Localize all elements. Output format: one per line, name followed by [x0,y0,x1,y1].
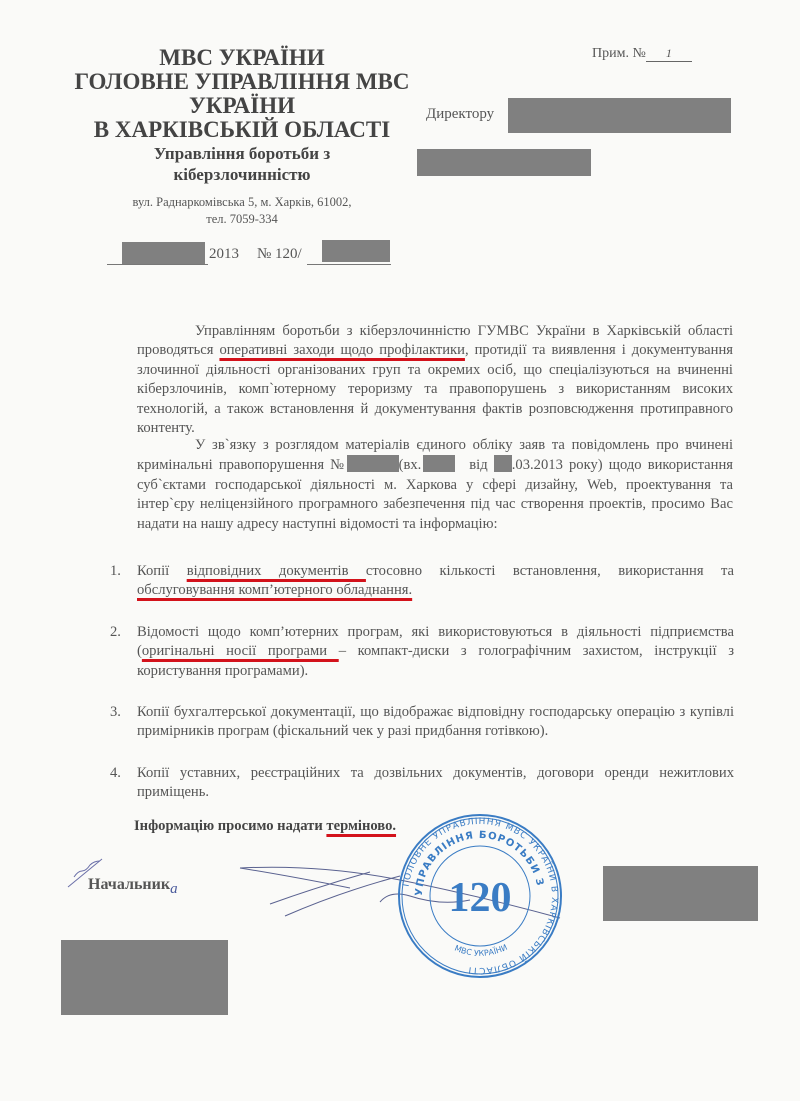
org-line-3: УКРАЇНИ [52,94,432,118]
redacted-day [494,455,512,472]
paragraph-2: У зв`язку з розглядом матеріалів єдиного… [137,436,733,534]
copy-number-value: 1 [646,46,692,62]
org-line-1: МВС УКРАЇНИ [52,46,432,70]
requested-items-list: 1. Копії відповідних документів стосовно… [110,562,734,825]
addressee-label: Директору [426,106,494,123]
list-item: 1. Копії відповідних документів стосовно… [110,562,734,601]
address-line-1: вул. Раднаркомівська 5, м. Харків, 61002… [52,194,432,211]
list-item: 3. Копії бухгалтерської документації, що… [110,703,734,742]
list-item: 2. Відомості щодо комп’ютерних програм, … [110,623,734,681]
redacted-case-number [347,455,399,472]
redacted-addressee-name [508,98,731,133]
paragraph-2-text-2: (вх. [399,457,422,473]
document-page: МВС УКРАЇНИ ГОЛОВНЕ УПРАВЛІННЯ МВС УКРАЇ… [0,0,800,1101]
copy-number-label: Прим. № [592,46,646,61]
svg-text:МВС УКРАЇНИ: МВС УКРАЇНИ [453,943,508,958]
list-item-number: 4. [110,764,137,803]
redacted-signatory-name [603,866,758,921]
date-year: 2013 [209,246,239,263]
redacted-date [122,242,205,264]
highlighted-phrase-original-media: оригінальні носії програми [142,643,339,659]
handwritten-suffix: а [170,881,178,897]
highlighted-phrase-computer-equipment: обслуговування комп’ютерного обладнання. [137,582,412,598]
svg-text:120: 120 [449,875,512,921]
copy-number-field: Прим. №1 [592,46,692,62]
reference-number-label: № 120/ [257,246,302,263]
date-underline [107,264,208,265]
list-item-number: 2. [110,623,137,681]
redacted-addressee-org [417,149,591,176]
paragraph-2-text-3: від [469,457,487,473]
redacted-incoming-number [423,455,455,472]
org-line-2: ГОЛОВНЕ УПРАВЛІННЯ МВС [52,70,432,94]
list-item-text: Копії бухгалтерської документації, що ві… [137,703,734,742]
signatory-title: Начальника [88,876,178,898]
list-item: 4. Копії уставних, реєстраційних та дозв… [110,764,734,803]
highlighted-phrase-preventive-measures: оперативні заходи щодо профілактики [219,342,465,358]
list-item-text: Копії відповідних документів стосовно кі… [137,562,734,601]
closing-request: Інформацію просимо надати терміново. [134,818,396,835]
list-item-number: 1. [110,562,137,601]
list-item-text: Копії уставних, реєстраційних та дозвіль… [137,764,734,803]
org-line-4: В ХАРКІВСЬКІЙ ОБЛАСТІ [52,118,432,142]
highlighted-phrase-relevant-documents: відповідних документів [187,563,366,579]
dept-line-2: кіберзлочинністю [52,165,432,185]
official-stamp-icon: ГОЛОВНЕ УПРАВЛІННЯ МВС УКРАЇНИ В ХАРКІВС… [396,812,564,980]
redacted-reference-number [322,240,390,262]
list-item-text: Відомості щодо комп’ютерних програм, які… [137,623,734,681]
list-item-number: 3. [110,703,137,742]
reference-underline [307,264,391,265]
dept-line-1: Управління боротьби з [52,144,432,164]
highlighted-word-urgently: терміново. [326,818,396,834]
address-line-2: тел. 7059-334 [52,211,432,228]
paragraph-1: Управлінням боротьби з кіберзлочинністю … [137,322,733,438]
redacted-executor-info [61,940,228,1015]
